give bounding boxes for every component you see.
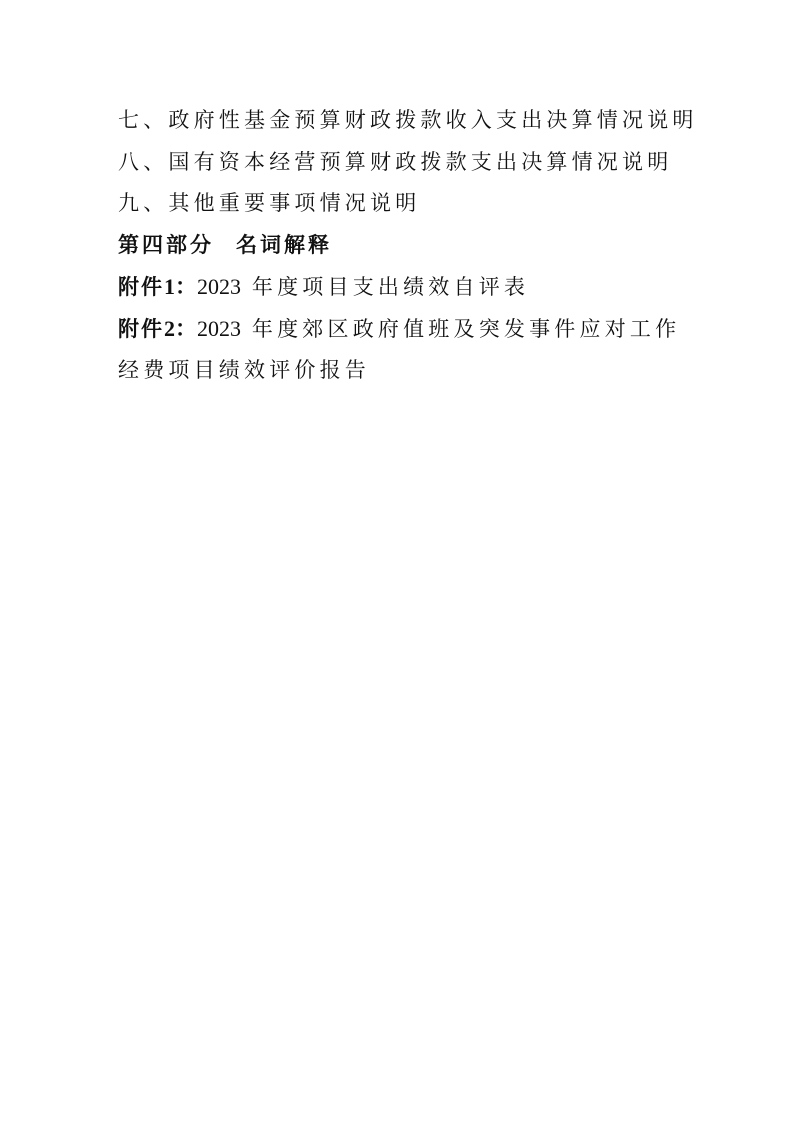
attachment-year: 2023 [197, 274, 241, 299]
attachment-1: 附件1：2023 年度项目支出绩效自评表 [118, 266, 688, 308]
item-marker: 七、 [118, 108, 168, 132]
section-heading: 第四部分名词解释 [118, 225, 688, 267]
toc-item-9: 九、其他重要事项情况说明 [118, 183, 688, 225]
attachment-number: 1： [164, 274, 197, 299]
toc-item-8: 八、国有资本经营预算财政拨款支出决算情况说明 [118, 142, 688, 184]
item-text: 政府性基金预算财政拨款收入支出决算情况说明 [168, 108, 697, 132]
item-marker: 八、 [118, 150, 168, 174]
attachment-2-continuation: 经费项目绩效评价报告 [118, 350, 688, 392]
document-page: 七、政府性基金预算财政拨款收入支出决算情况说明 八、国有资本经营预算财政拨款支出… [118, 100, 688, 391]
section-title: 名词解释 [236, 233, 332, 257]
attachment-text: 年度项目支出绩效自评表 [252, 275, 529, 299]
attachment-text: 年度郊区政府值班及突发事件应对工作 [252, 317, 680, 341]
attachment-year: 2023 [197, 316, 241, 341]
toc-item-7: 七、政府性基金预算财政拨款收入支出决算情况说明 [118, 100, 688, 142]
attachment-text-continuation: 经费项目绩效评价报告 [118, 358, 370, 382]
attachment-2: 附件2：2023 年度郊区政府值班及突发事件应对工作 [118, 308, 688, 350]
attachment-label: 附件 [118, 275, 164, 299]
attachment-label: 附件 [118, 317, 164, 341]
section-part: 第四部分 [118, 233, 214, 257]
item-text: 其他重要事项情况说明 [168, 191, 420, 215]
attachment-number: 2： [164, 316, 197, 341]
item-text: 国有资本经营预算财政拨款支出决算情况说明 [168, 150, 672, 174]
item-marker: 九、 [118, 191, 168, 215]
